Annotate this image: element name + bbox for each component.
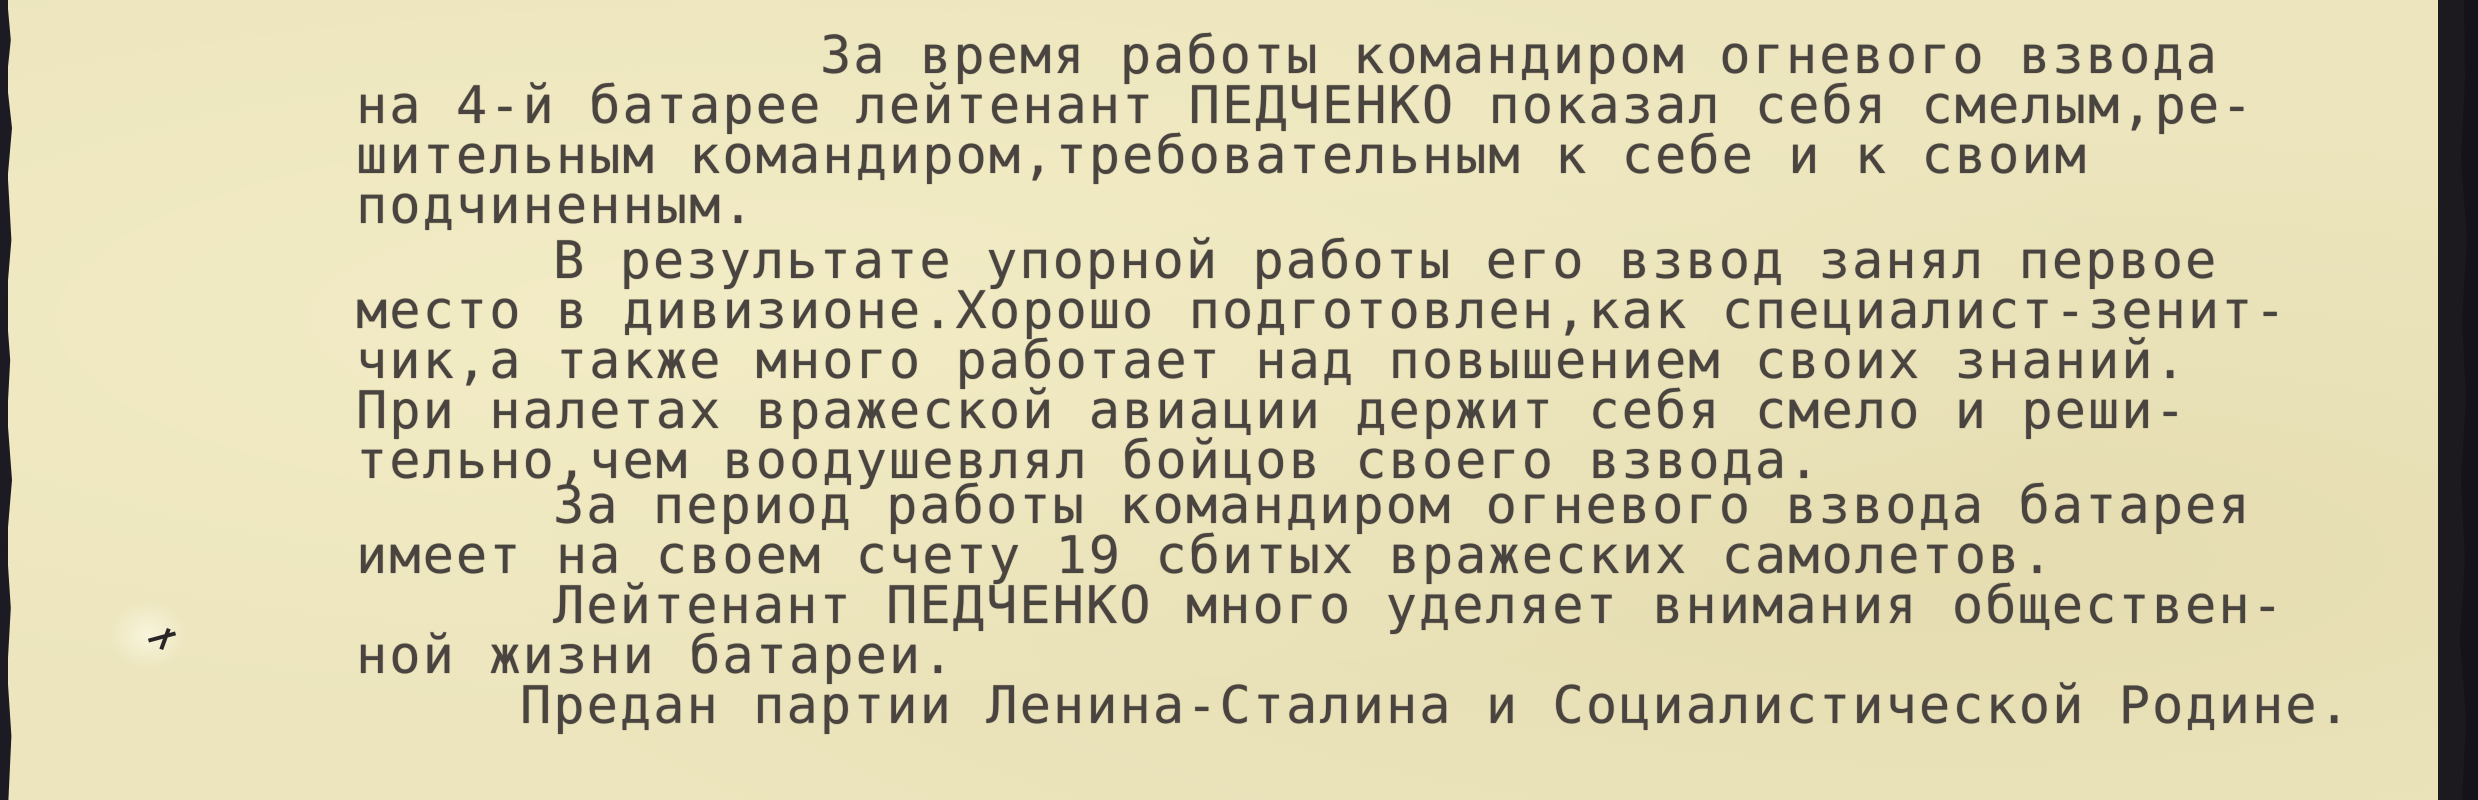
text-line: чик,а также много работает над повышение… bbox=[356, 335, 2188, 387]
text-line: За время работы командиром огневого взво… bbox=[820, 30, 2219, 82]
text-line: шительным командиром,требовательным к се… bbox=[356, 130, 2088, 182]
text-line: ной жизни батареи. bbox=[356, 630, 956, 682]
text-line: место в дивизионе.Хорошо подготовлен,как… bbox=[356, 285, 2288, 337]
text-line: При налетах вражеской авиации держит себ… bbox=[356, 385, 2188, 437]
text-line: В результате упорной работы его взвод за… bbox=[553, 235, 2218, 287]
text-line: имеет на своем счету 19 сбитых вражеских… bbox=[356, 530, 2055, 582]
document-page: За время работы командиром огневого взво… bbox=[8, 0, 2438, 800]
text-line: подчиненным. bbox=[356, 180, 756, 232]
text-line: Предан партии Ленина-Сталина и Социалист… bbox=[520, 680, 2352, 732]
scan-border-right bbox=[2458, 0, 2478, 800]
text-line: Лейтенант ПЕДЧЕНКО много уделяет внимани… bbox=[553, 580, 2285, 632]
text-line: За период работы командиром огневого взв… bbox=[553, 480, 2252, 532]
text-line: на 4-й батарее лейтенант ПЕДЧЕНКО показа… bbox=[356, 80, 2254, 132]
